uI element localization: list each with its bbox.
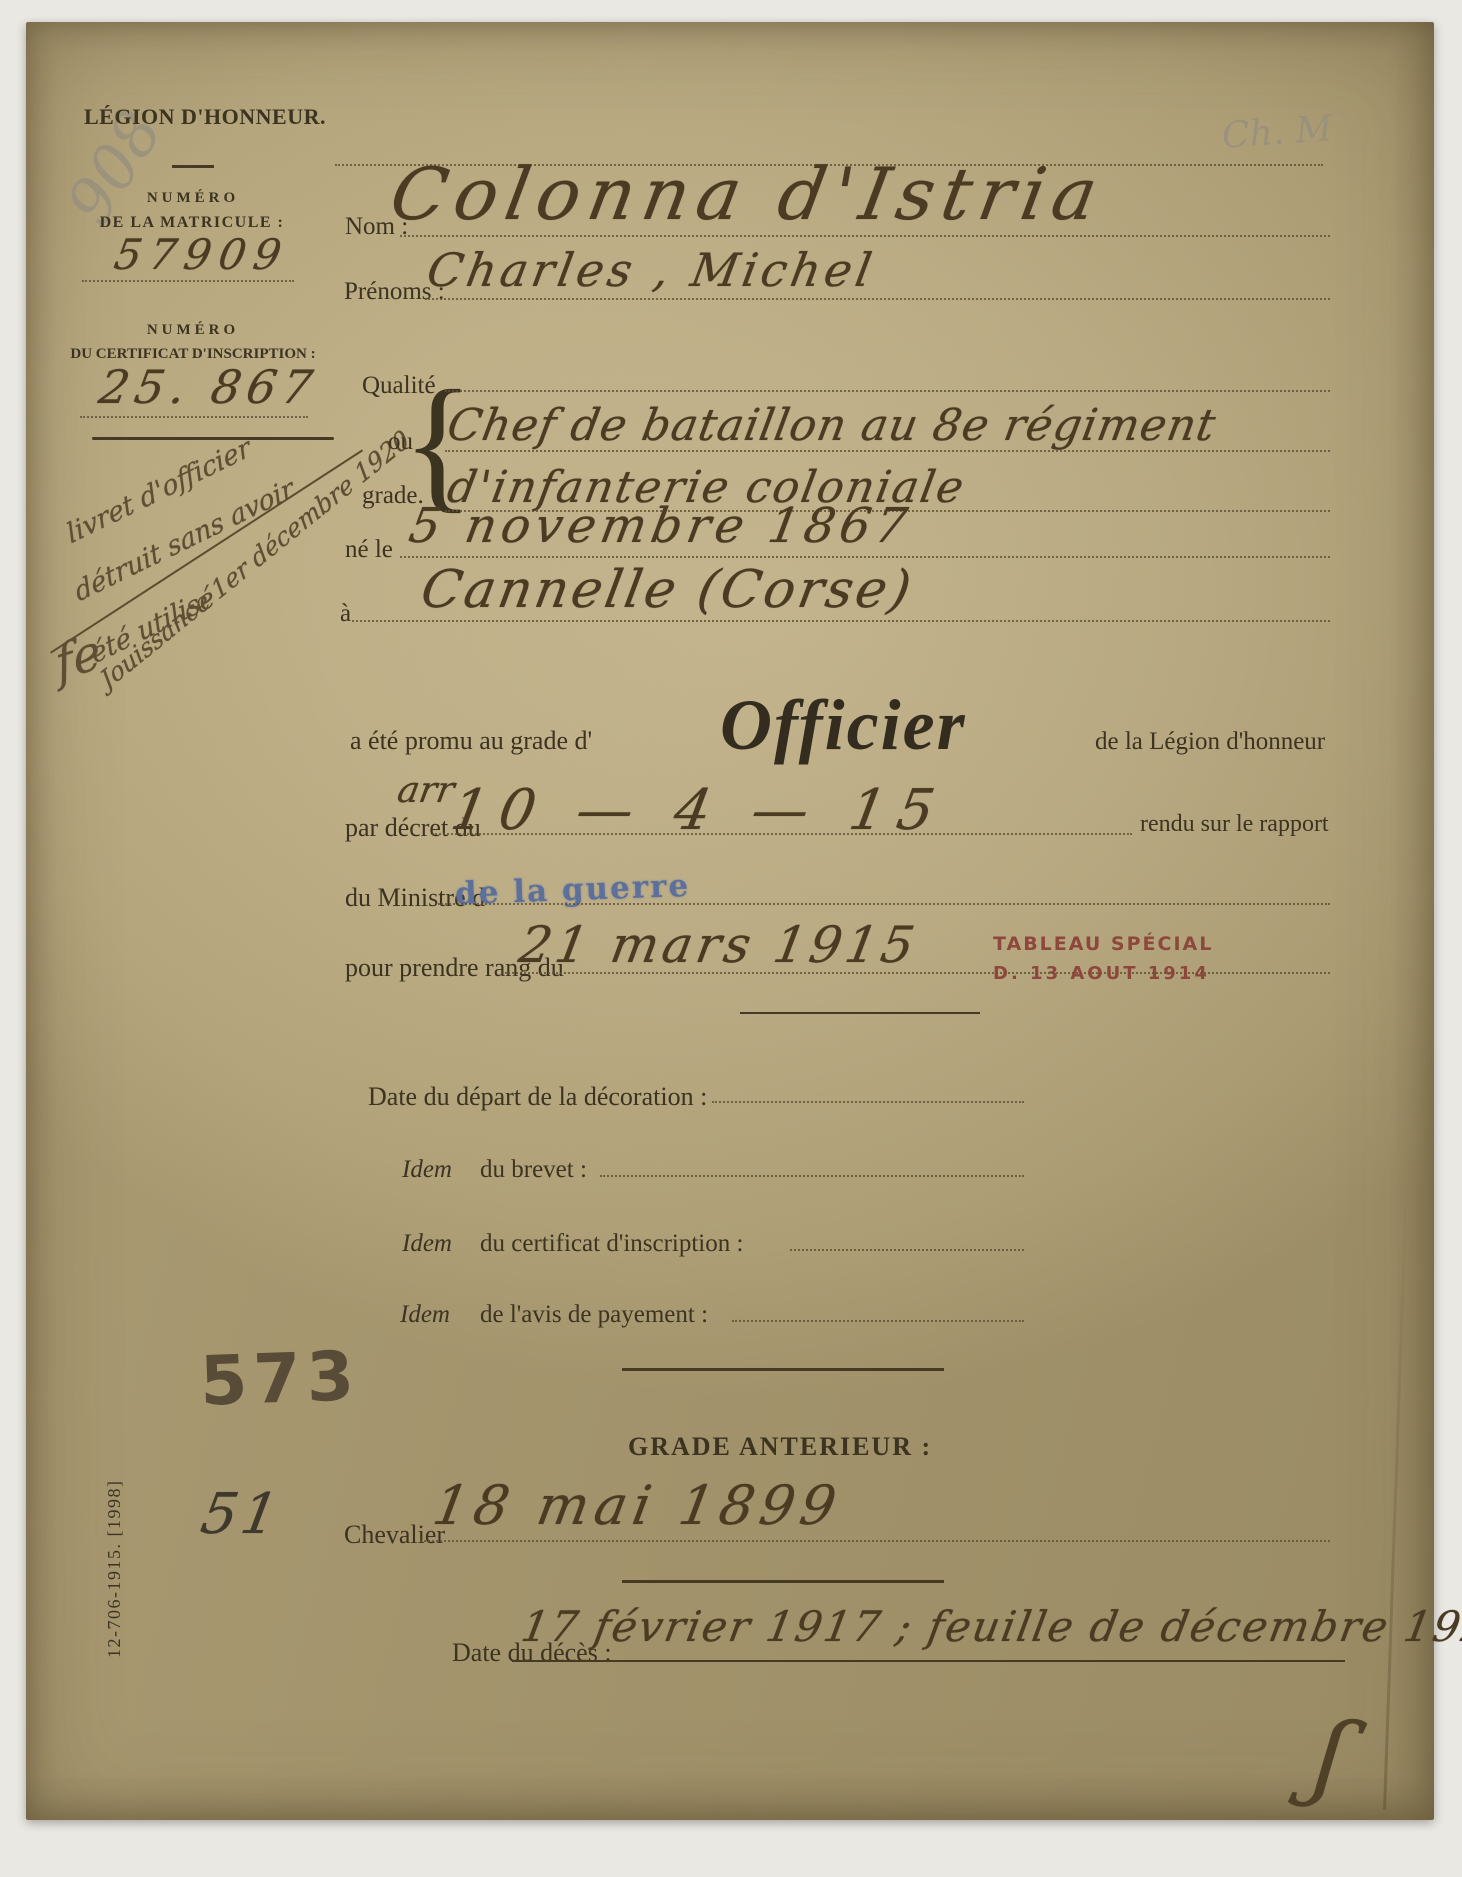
registry-stamp-573: 573 (199, 1337, 362, 1422)
tableau-special-stamp-line-1: TABLEAU SPÉCIAL (993, 933, 1213, 955)
pencil-initials: Ch. M (1221, 108, 1334, 157)
birthplace-line (352, 620, 1330, 622)
certificat-label-line1: NUMÉRO (88, 322, 298, 339)
divider-rule-1 (740, 1012, 980, 1014)
matricule-label-line1: NUMÉRO (88, 190, 298, 207)
matricule-value: 57909 (111, 230, 293, 279)
grade-anterieur-title: GRADE ANTERIEUR : (628, 1432, 932, 1462)
chevalier-value: 18 mai 1899 (428, 1474, 846, 1537)
title-rule (172, 165, 214, 168)
grade-value-line-1: Chef de bataillon au 8e régiment (444, 400, 1221, 451)
ministre-line (438, 903, 1330, 905)
printer-imprint: 12-706-1915. [1998] (104, 1480, 125, 1658)
birthdate-line (400, 556, 1330, 558)
nom-line (400, 235, 1330, 237)
avis-payement-line (732, 1320, 1024, 1322)
section-rule (92, 437, 334, 440)
prenoms-line (425, 298, 1330, 300)
matricule-line (82, 280, 294, 282)
avis-payement-label: de l'avis de payement : (480, 1301, 708, 1329)
certificat-line (80, 416, 308, 418)
brevet-line (600, 1175, 1024, 1177)
rang-value: 21 mars 1915 (515, 916, 923, 974)
promotion-grade: Officier (720, 684, 967, 767)
depart-label: Date du départ de la décoration : (368, 1082, 707, 1112)
birthdate-value: 5 novembre 1867 (405, 498, 916, 554)
birthplace-value: Cannelle (Corse) (417, 560, 919, 620)
decret-correction: arr (394, 770, 457, 811)
nom-value: Colonna d'Istria (385, 152, 1112, 236)
certificat-value: 25. 867 (95, 360, 322, 414)
qualite-line-1 (445, 390, 1330, 392)
depart-line (712, 1101, 1024, 1103)
prenoms-value: Charles , Michel (423, 243, 879, 297)
decret-line (432, 833, 1132, 835)
brevet-label: du brevet : (480, 1156, 587, 1184)
decret-suffix: rendu sur le rapport (1140, 811, 1329, 838)
chevalier-line (420, 1540, 1330, 1542)
pencil-number-51: 51 (196, 1482, 287, 1547)
divider-rule-3 (622, 1580, 944, 1583)
deces-underline (512, 1660, 1345, 1662)
scanned-document-canvas: 908 LÉGION D'HONNEUR. NUMÉRO DE LA MATRI… (0, 0, 1462, 1877)
promotion-suffix: de la Légion d'honneur (1095, 728, 1325, 756)
tableau-special-stamp-line-2: D. 13 AOUT 1914 (993, 963, 1210, 984)
legion-title: LÉGION D'HONNEUR. (84, 104, 302, 130)
certificat-inscription-label: du certificat d'inscription : (480, 1230, 743, 1258)
promotion-prefix: a été promu au grade d' (350, 726, 592, 756)
deces-value: 17 février 1917 ; feuille de décembre 19… (518, 1602, 1462, 1651)
qualite-line-2 (445, 450, 1330, 452)
idem-label-3: Idem (400, 1301, 450, 1329)
idem-label-2: Idem (402, 1230, 452, 1258)
divider-rule-2 (622, 1368, 944, 1371)
birthdate-label: né le (345, 536, 393, 564)
idem-label-1: Idem (402, 1156, 452, 1184)
birthplace-label: à (340, 600, 351, 628)
certificat-inscription-line (790, 1249, 1024, 1251)
